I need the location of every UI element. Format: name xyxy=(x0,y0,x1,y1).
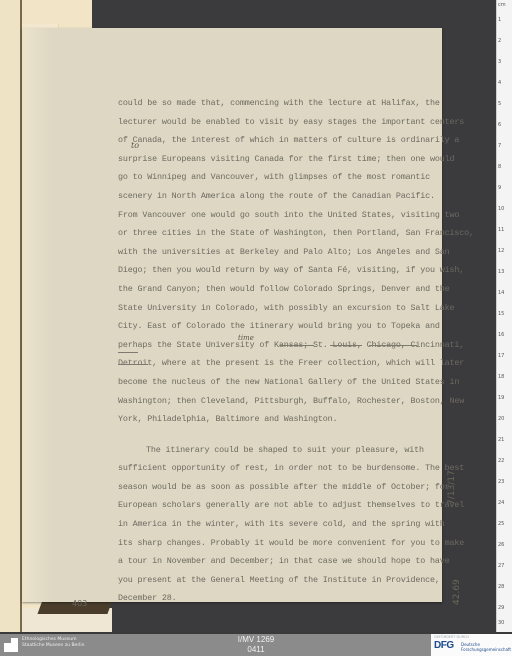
text-line: City. East of Colorado the itinerary wou… xyxy=(118,317,438,336)
ruler-label: 14 xyxy=(498,290,504,296)
ruler-label: 17 xyxy=(498,353,504,359)
margin-note-archive-ref: 7/13/17 xyxy=(447,470,457,505)
text-line: a tour in November and December; in that… xyxy=(118,552,438,571)
cm-ruler: cm 1 2 3 4 5 6 7 8 9 10 11 12 13 14 15 1… xyxy=(496,0,512,632)
ruler-label: 4 xyxy=(498,80,501,86)
text-line: sufficient opportunity of rest, in order… xyxy=(118,459,438,478)
ruler-label: 28 xyxy=(498,584,504,590)
text-line: surprise Europeans visiting Canada for t… xyxy=(118,150,438,169)
ruler-label: 24 xyxy=(498,500,504,506)
ruler-label: 6 xyxy=(498,122,501,128)
paragraph-1: could be so made that, commencing with t… xyxy=(118,94,438,429)
text-line: State University in Colorado, with possi… xyxy=(118,299,438,318)
text-line: Washington; then Cleveland, Pittsburgh, … xyxy=(118,392,438,411)
text-line: of Canada, the interest of which in matt… xyxy=(118,131,438,150)
handwritten-underline xyxy=(330,345,362,346)
funder-name-line-2: Forschungsgemeinschaft xyxy=(461,647,511,652)
text-line: season would be as soon as possible afte… xyxy=(118,478,438,497)
ruler-label: 1 xyxy=(498,17,501,23)
ruler-label: 23 xyxy=(498,479,504,485)
text-line: go to Winnipeg and Vancouver, with glimp… xyxy=(118,168,438,187)
ruler-label: 10 xyxy=(498,206,504,212)
ruler-label: 8 xyxy=(498,164,501,170)
ruler-label: 19 xyxy=(498,395,504,401)
dfg-funder-logo: GEFÖRDERT DURCH DFG Deutsche Forschungsg… xyxy=(431,634,512,656)
ruler-label: 7 xyxy=(498,143,501,149)
ruler-label: 2 xyxy=(498,38,501,44)
ruler-label: 9 xyxy=(498,185,501,191)
ruler-label: 15 xyxy=(498,311,504,317)
typed-text-block: could be so made that, commencing with t… xyxy=(118,94,438,608)
text-line: European scholars generally are not able… xyxy=(118,496,438,515)
ruler-label: 20 xyxy=(498,416,504,422)
ruler-label: 21 xyxy=(498,437,504,443)
ruler-label: 26 xyxy=(498,542,504,548)
ruler-label: 29 xyxy=(498,605,504,611)
text-line: its sharp changes. Probably it would be … xyxy=(118,534,438,553)
scanned-document-image: could be so made that, commencing with t… xyxy=(0,0,512,632)
ruler-label: 27 xyxy=(498,563,504,569)
text-line: become the nucleus of the new National G… xyxy=(118,373,438,392)
funder-caption: GEFÖRDERT DURCH xyxy=(434,635,469,639)
page-number-note: 403 xyxy=(72,599,87,608)
text-line: or three cities in the State of Washingt… xyxy=(118,224,438,243)
ruler-label: 30 xyxy=(498,620,504,626)
ruler-label: 22 xyxy=(498,458,504,464)
ruler-label: 11 xyxy=(498,227,504,233)
ruler-label: 18 xyxy=(498,374,504,380)
handwritten-underline xyxy=(118,352,138,353)
dfg-logo-icon: DFG xyxy=(434,640,454,651)
text-line: Diego; then you would return by way of S… xyxy=(118,261,438,280)
text-line: lecturer would be enabled to visit by ea… xyxy=(118,113,438,132)
text-line: could be so made that, commencing with t… xyxy=(118,94,438,113)
text-line: scenery in North America along the route… xyxy=(118,187,438,206)
paragraph-2: The itinerary could be shaped to suit yo… xyxy=(118,441,438,608)
handwritten-insertion-time: time xyxy=(238,334,254,342)
ruler-label: 3 xyxy=(498,59,501,65)
text-line: December 28. xyxy=(118,589,438,608)
ruler-label: 13 xyxy=(498,269,504,275)
funder-name: Deutsche Forschungsgemeinschaft xyxy=(461,642,511,652)
text-line: you present at the General Meeting of th… xyxy=(118,571,438,590)
text-line: Detroit, where at the present is the Fre… xyxy=(118,354,438,373)
ruler-label: 16 xyxy=(498,332,504,338)
back-sheet-edge xyxy=(0,0,20,632)
ruler-label: 25 xyxy=(498,521,504,527)
text-line: York, Philadelphia, Baltimore and Washin… xyxy=(118,410,438,429)
margin-note-folio: 42.69 xyxy=(452,579,462,605)
text-line: From Vancouver one would go south into t… xyxy=(118,206,438,225)
text-line: in America in the winter, with its sever… xyxy=(118,515,438,534)
handwritten-underline xyxy=(118,364,148,365)
handwritten-underline xyxy=(369,345,417,346)
text-line: with the universities at Berkeley and Pa… xyxy=(118,243,438,262)
ruler-label: 12 xyxy=(498,248,504,254)
handwritten-underline xyxy=(280,345,314,346)
ruler-unit: cm xyxy=(498,2,506,8)
handwritten-insertion-to: to xyxy=(131,141,139,150)
text-line: The itinerary could be shaped to suit yo… xyxy=(118,441,438,460)
ruler-label: 5 xyxy=(498,101,501,107)
text-line: the Grand Canyon; then would follow Colo… xyxy=(118,280,438,299)
